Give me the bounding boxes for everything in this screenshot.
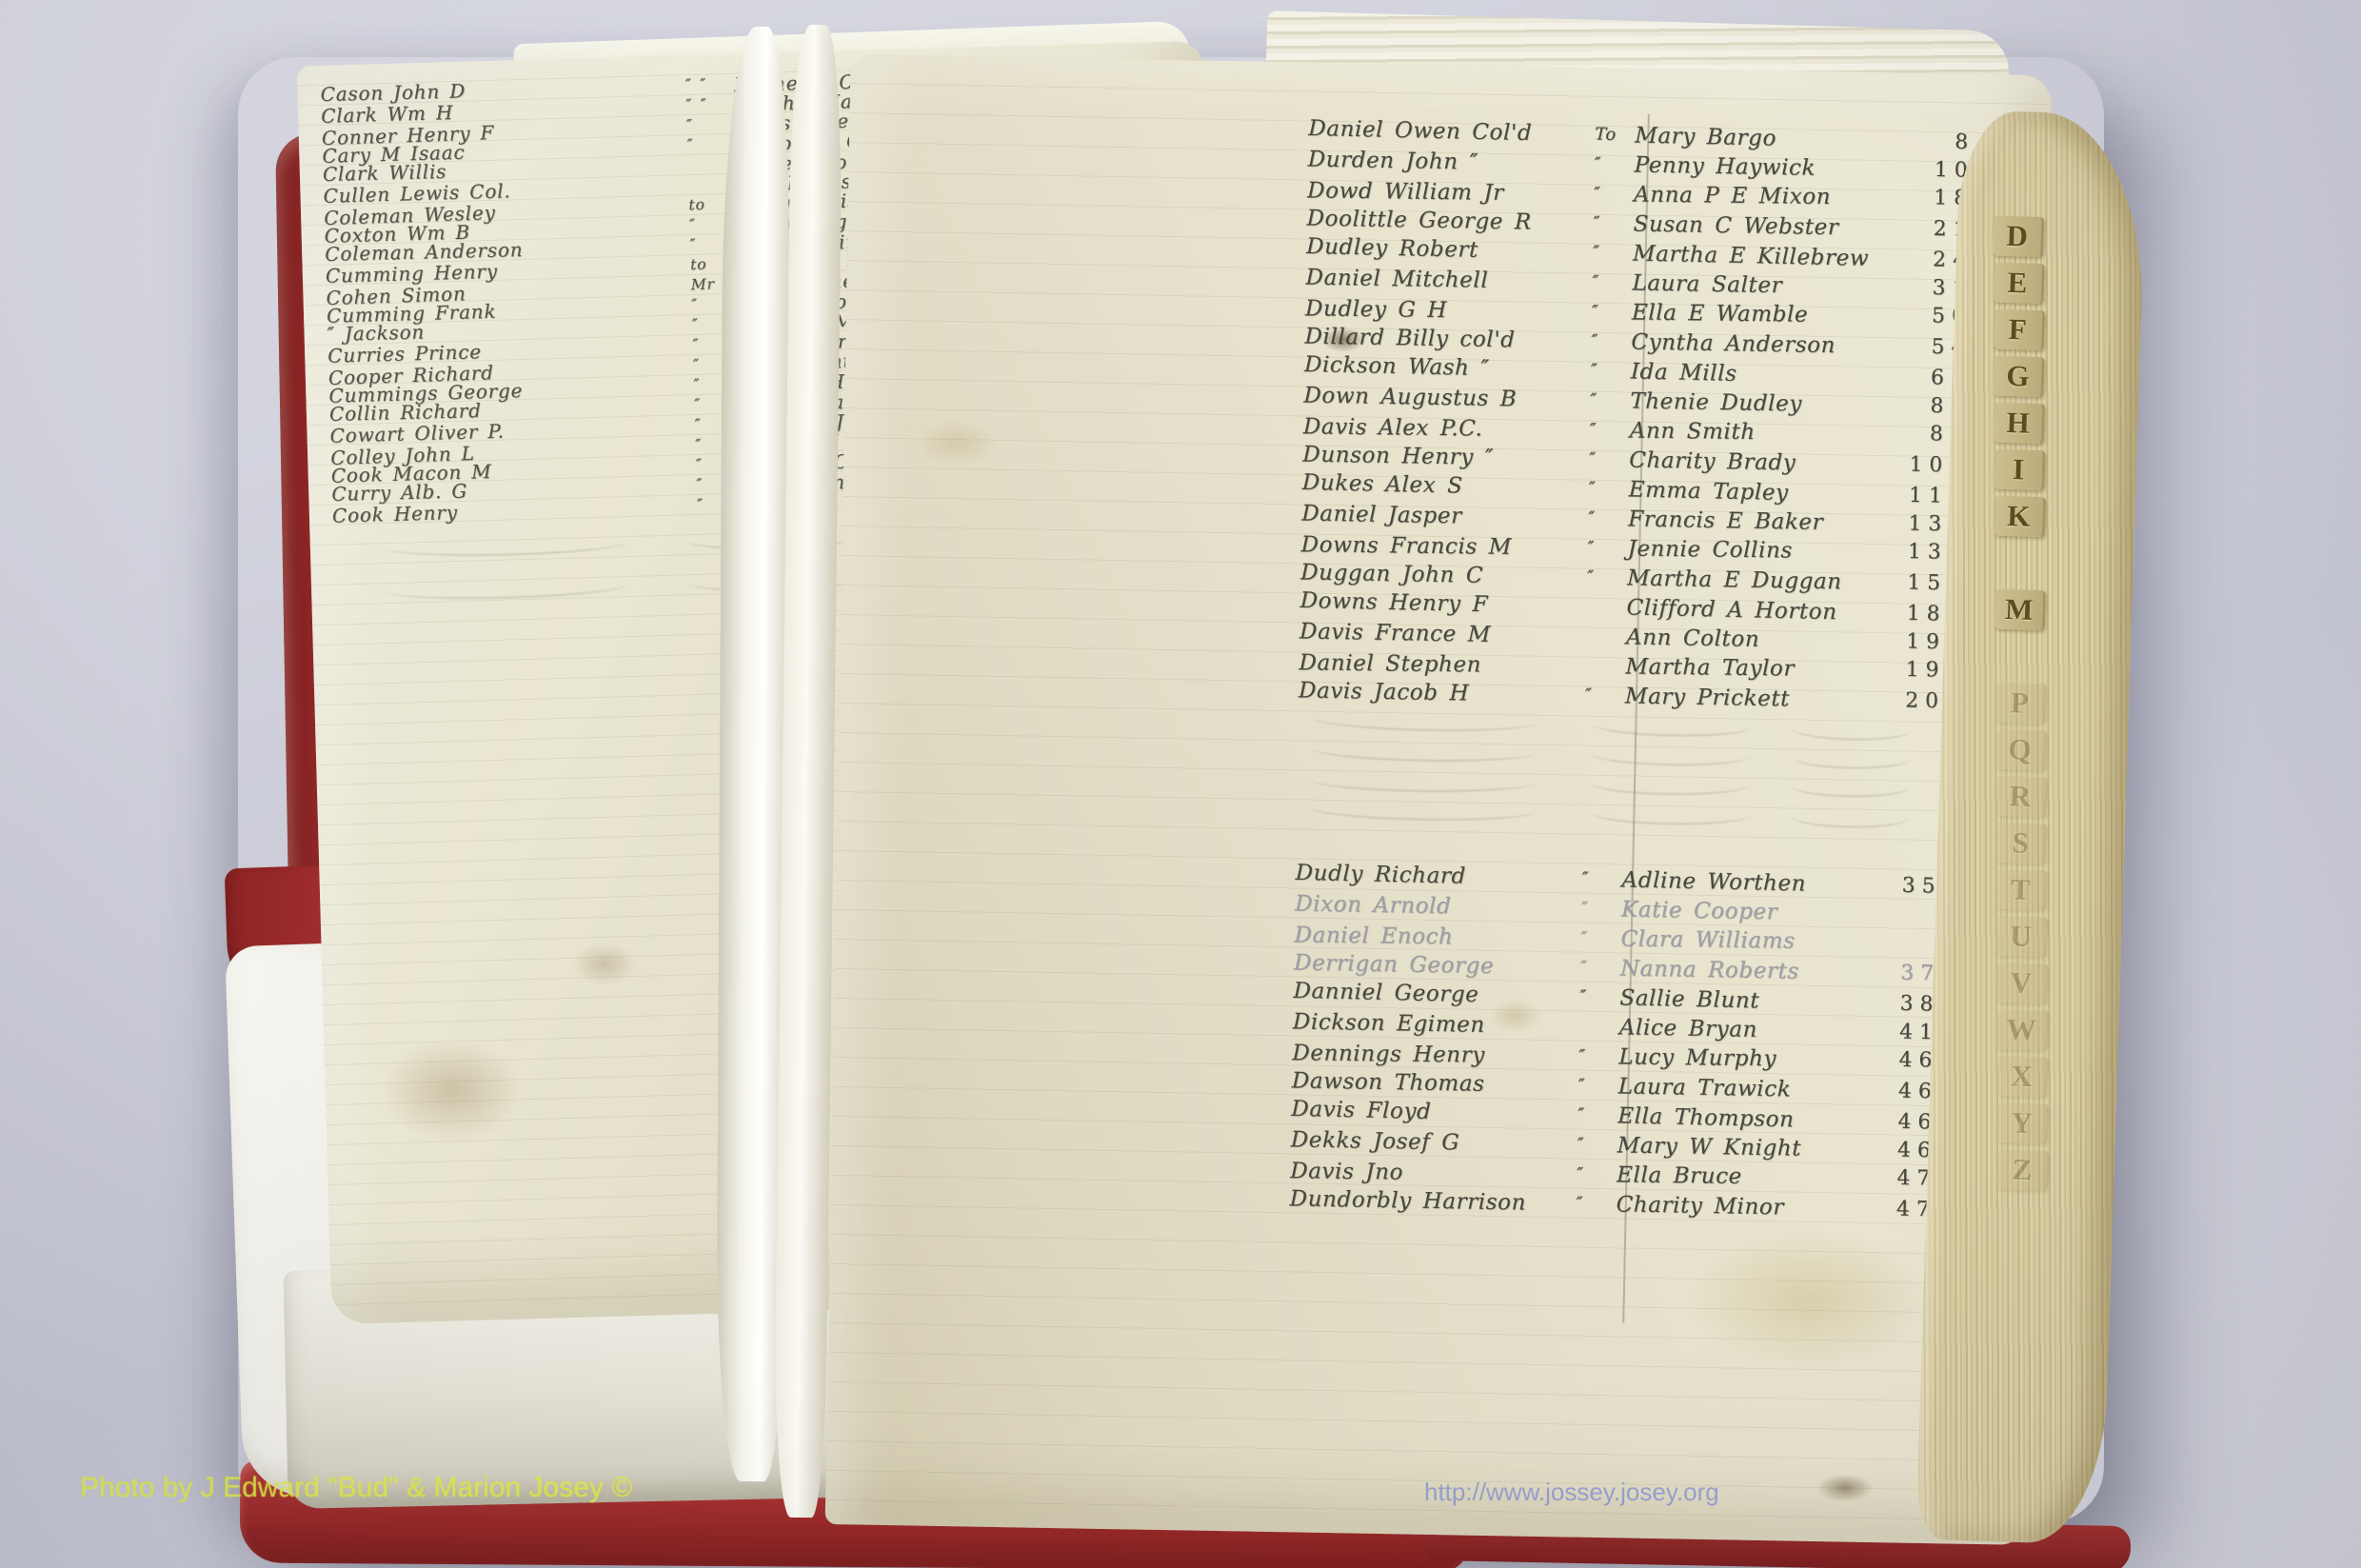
ditto-mark: ″ [1576, 1194, 1583, 1214]
groom-name: Downs Henry F [1300, 588, 1488, 617]
groom-name: Dundorbly Harrison [1289, 1186, 1526, 1215]
index-tab-M: M [1994, 589, 2046, 631]
faint-stroke [1790, 784, 1910, 799]
groom-name: Davis Alex P.C. [1303, 414, 1483, 441]
index-tab-X: X [1997, 1056, 2049, 1098]
bride-name: Alice Bryan [1619, 1015, 1758, 1042]
ledger-right-page: Daniel Owen Col'dToMary Bargo8Durden Joh… [825, 54, 2053, 1545]
bride-name: Laura Trawick [1618, 1074, 1792, 1102]
groom-name: Davis Floyd [1291, 1097, 1432, 1124]
faint-stroke [1311, 746, 1538, 764]
groom-name: Down Augustus B [1303, 383, 1517, 411]
bride-name: Mary Prickett [1625, 684, 1791, 711]
ditto-mark: ″ [1594, 184, 1601, 204]
ditto-mark: ″ [1578, 1076, 1586, 1096]
faint-stroke [1790, 813, 1910, 828]
groom-name: Daniel Owen Col'd [1308, 116, 1532, 146]
groom-name: Dudly Richard [1295, 861, 1466, 889]
bride-name: Penny Haywick [1634, 152, 1815, 180]
ditto-mark: ″ [692, 336, 699, 353]
bride-name: Lucy Murphy [1618, 1044, 1776, 1071]
ditto-mark: ″ [1579, 986, 1587, 1006]
bride-name: Emma Tapley [1628, 477, 1789, 506]
ditto-mark: ″ [1589, 449, 1597, 469]
ditto-mark: ″ [1591, 361, 1598, 381]
index-tab-letter: E [2007, 266, 2028, 300]
bride-name: Jennie Collins [1627, 536, 1793, 563]
bride-name: Mary Bargo [1635, 123, 1776, 150]
groom-name: Dowd William Jr [1307, 178, 1504, 206]
photographer-watermark: Photo by J Edward "Bud" & Marion Josey © [80, 1472, 632, 1504]
index-tab-F: F [1994, 309, 2045, 351]
ditto-mark: ″ [1581, 899, 1589, 919]
faint-stroke [1591, 751, 1751, 767]
faint-stroke [383, 582, 629, 602]
ditto-mark: ″ [691, 296, 698, 313]
ditto-mark: to [688, 196, 705, 214]
bride-name: Martha E Killebrew [1633, 241, 1870, 270]
ditto-mark: ″ [1593, 213, 1600, 233]
groom-name: Dennings Henry [1292, 1041, 1485, 1067]
index-tab-U: U [1996, 916, 2048, 958]
groom-name: Cook Henry [332, 501, 459, 527]
index-tab-letter: Y [2011, 1105, 2033, 1140]
index-tab-letter: R [2009, 779, 2031, 813]
ditto-mark: To [1595, 125, 1617, 145]
ditto-mark: ″ [1589, 478, 1597, 498]
ditto-mark: ″ [1578, 1046, 1586, 1066]
bride-name: Mary W Knight [1617, 1133, 1801, 1161]
ditto-mark: ″ ″ [685, 75, 706, 93]
ditto-mark: ″ [696, 456, 703, 473]
bride-name: Sallie Blunt [1619, 985, 1759, 1013]
ditto-mark: ″ [1593, 243, 1600, 263]
groom-name: Dudley Robert [1306, 234, 1478, 263]
ditto-mark: ″ [1577, 1164, 1584, 1184]
groom-name: Daniel Stephen [1299, 650, 1481, 677]
index-tab-S: S [1995, 823, 2047, 864]
ditto-mark: ″ [692, 316, 699, 333]
ditto-mark: ″ [1587, 538, 1595, 558]
bride-name: Ella E Wamble [1632, 301, 1809, 327]
bride-name: Ella Bruce [1617, 1162, 1742, 1189]
ditto-mark: ″ [1590, 420, 1597, 440]
ditto-mark: Mr [690, 275, 715, 293]
faint-stroke [382, 540, 628, 559]
website-watermark: http://www.jossey.josey.org [1424, 1478, 1719, 1507]
index-tab-Z: Z [1997, 1149, 2049, 1191]
groom-name: Doolittle George R [1306, 206, 1532, 234]
index-tab-letter: Q [2008, 732, 2032, 766]
ditto-mark: ″ [686, 136, 693, 153]
groom-name: Dukes Alex S [1302, 470, 1463, 499]
index-tab-P: P [1995, 683, 2047, 724]
ditto-mark: ″ [1588, 508, 1596, 528]
ditto-mark: ″ [1594, 154, 1601, 174]
index-tab-letter: S [2012, 825, 2029, 860]
bride-name: Adline Worthen [1621, 867, 1806, 896]
groom-name: Dickson Wash ″ [1304, 352, 1490, 381]
bride-name: Charity Minor [1616, 1192, 1784, 1220]
groom-name: Davis Jacob H [1299, 678, 1470, 705]
bride-name: Ann Colton [1626, 625, 1760, 651]
ditto-mark: ″ [697, 496, 704, 513]
index-tab-letter: K [2007, 499, 2031, 533]
bride-name: Ann Smith [1630, 418, 1756, 445]
ditto-mark: ″ [1592, 272, 1599, 292]
index-tab-Y: Y [1997, 1102, 2049, 1144]
bride-name: Anna P E Mixon [1634, 183, 1831, 210]
faint-stroke [1590, 781, 1750, 796]
ditto-mark: ″ [1577, 1104, 1585, 1124]
groom-name: Dunson Henry ″ [1302, 442, 1494, 469]
index-tab-letter: F [2008, 312, 2027, 347]
ditto-mark: ″ [1587, 567, 1595, 587]
index-tab-W: W [1997, 1009, 2049, 1051]
ditto-mark: ″ ″ [685, 96, 707, 114]
bride-name: Nanna Roberts [1620, 956, 1799, 983]
index-tab-letter: U [2010, 919, 2032, 953]
ditto-mark: ″ [1591, 331, 1598, 351]
index-tab-letter: W [2006, 1012, 2036, 1046]
ditto-mark: ″ [689, 236, 696, 253]
groom-name: Daniel Jasper [1301, 501, 1462, 528]
right-page-entries-bottom: Dudly Richard″Adline Worthen359Dixon Arn… [1289, 862, 1961, 1227]
groom-name: Downs Francis M [1300, 532, 1512, 560]
bride-name: Cyntha Anderson [1631, 329, 1835, 358]
faint-stroke [1791, 725, 1911, 742]
ditto-mark: ″ [1580, 928, 1588, 948]
ditto-mark: ″ [693, 356, 700, 373]
bride-name: Martha Taylor [1625, 654, 1795, 681]
groom-name: Derrigan George [1294, 950, 1495, 979]
index-tab-Q: Q [1995, 729, 2047, 771]
right-page-entries-top: Daniel Owen Col'dToMary Bargo8Durden Joh… [1299, 118, 1975, 720]
bride-name: Susan C Webster [1633, 211, 1838, 240]
groom-name: Dawson Thomas [1292, 1068, 1485, 1097]
bride-name: Clara Williams [1620, 926, 1795, 953]
groom-name: Dillard Billy col'd [1304, 324, 1515, 352]
faint-stroke [1591, 722, 1751, 739]
groom-name: Duggan John C [1300, 560, 1483, 587]
groom-name: Dixon Arnold [1295, 891, 1452, 919]
index-tab-D: D [1993, 215, 2044, 257]
bride-name: Charity Brady [1629, 447, 1796, 475]
ditto-mark: ″ [1590, 390, 1597, 410]
groom-name: Davis Jno [1290, 1159, 1403, 1184]
page-number: 10 [1869, 157, 1974, 183]
index-tab-letter: V [2010, 965, 2032, 1000]
groom-name: Davis France M [1300, 619, 1491, 647]
index-tab-K: K [1994, 496, 2046, 538]
page-number: 8 [1870, 129, 1975, 154]
ditto-mark: ″ [694, 396, 701, 413]
ditto-mark: ″ [695, 436, 702, 453]
bride-name: Thenie Dudley [1630, 388, 1802, 416]
faint-stroke [1310, 777, 1537, 793]
index-tab-E: E [1993, 262, 2044, 304]
photo-of-marriage-index-book: Cason John D″ ″Rachel E Chambers425Clark… [0, 0, 2361, 1568]
index-tab-letter: T [2011, 872, 2032, 906]
bride-name: Martha E Duggan [1627, 566, 1842, 594]
index-tab-letter: M [2005, 592, 2034, 626]
ditto-mark: ″ [1592, 302, 1599, 322]
index-tab-letter: D [2006, 219, 2028, 253]
ditto-mark: ″ [686, 116, 693, 133]
index-tab-letter: I [2012, 452, 2024, 486]
bride-name: Ella Thompson [1617, 1103, 1795, 1132]
groom-name: Durden John ″ [1307, 148, 1478, 175]
groom-name: Daniel Mitchell [1305, 265, 1488, 292]
faint-stroke [1590, 810, 1750, 826]
ditto-mark: ″ [689, 216, 696, 233]
index-tab-letter: Z [2012, 1153, 2033, 1187]
bride-name: Francis E Baker [1628, 506, 1824, 535]
groom-name: Daniel Enoch [1294, 923, 1453, 949]
ditto-mark: ″ [695, 416, 702, 433]
bride-name: Ida Mills [1631, 359, 1737, 386]
index-tab-letter: H [2006, 406, 2030, 440]
bride-name: Clifford A Horton [1626, 595, 1837, 625]
faint-stroke [1310, 805, 1537, 823]
index-tab-I: I [1994, 449, 2045, 491]
index-tab-letter: P [2010, 685, 2029, 720]
faint-stroke [1311, 715, 1538, 733]
index-tab-R: R [1995, 776, 2047, 818]
index-tab-letter: G [2006, 359, 2030, 393]
ditto-mark: ″ [1585, 685, 1593, 705]
faint-stroke [1791, 754, 1911, 769]
groom-name: Dekks Josef G [1291, 1127, 1460, 1155]
index-tab-T: T [1996, 869, 2048, 911]
index-tab-G: G [1994, 356, 2045, 398]
groom-name: Danniel George [1293, 979, 1479, 1007]
ditto-mark: to [690, 256, 707, 273]
index-tab-V: V [1996, 963, 2048, 1004]
faint-handwriting [1296, 707, 1964, 837]
groom-name: Dudley G H [1305, 296, 1447, 323]
ditto-mark: ″ [693, 376, 700, 393]
groom-name: Dickson Egimen [1293, 1009, 1485, 1038]
bride-name: Katie Cooper [1621, 897, 1778, 924]
bride-name: Laura Salter [1632, 270, 1782, 298]
ditto-mark: ″ [1580, 958, 1588, 978]
index-tab-letter: X [2011, 1059, 2033, 1093]
ditto-mark: ″ [696, 476, 703, 493]
ditto-mark: ″ [1581, 868, 1589, 888]
index-tab-H: H [1994, 403, 2045, 445]
ditto-mark: ″ [1577, 1135, 1585, 1155]
